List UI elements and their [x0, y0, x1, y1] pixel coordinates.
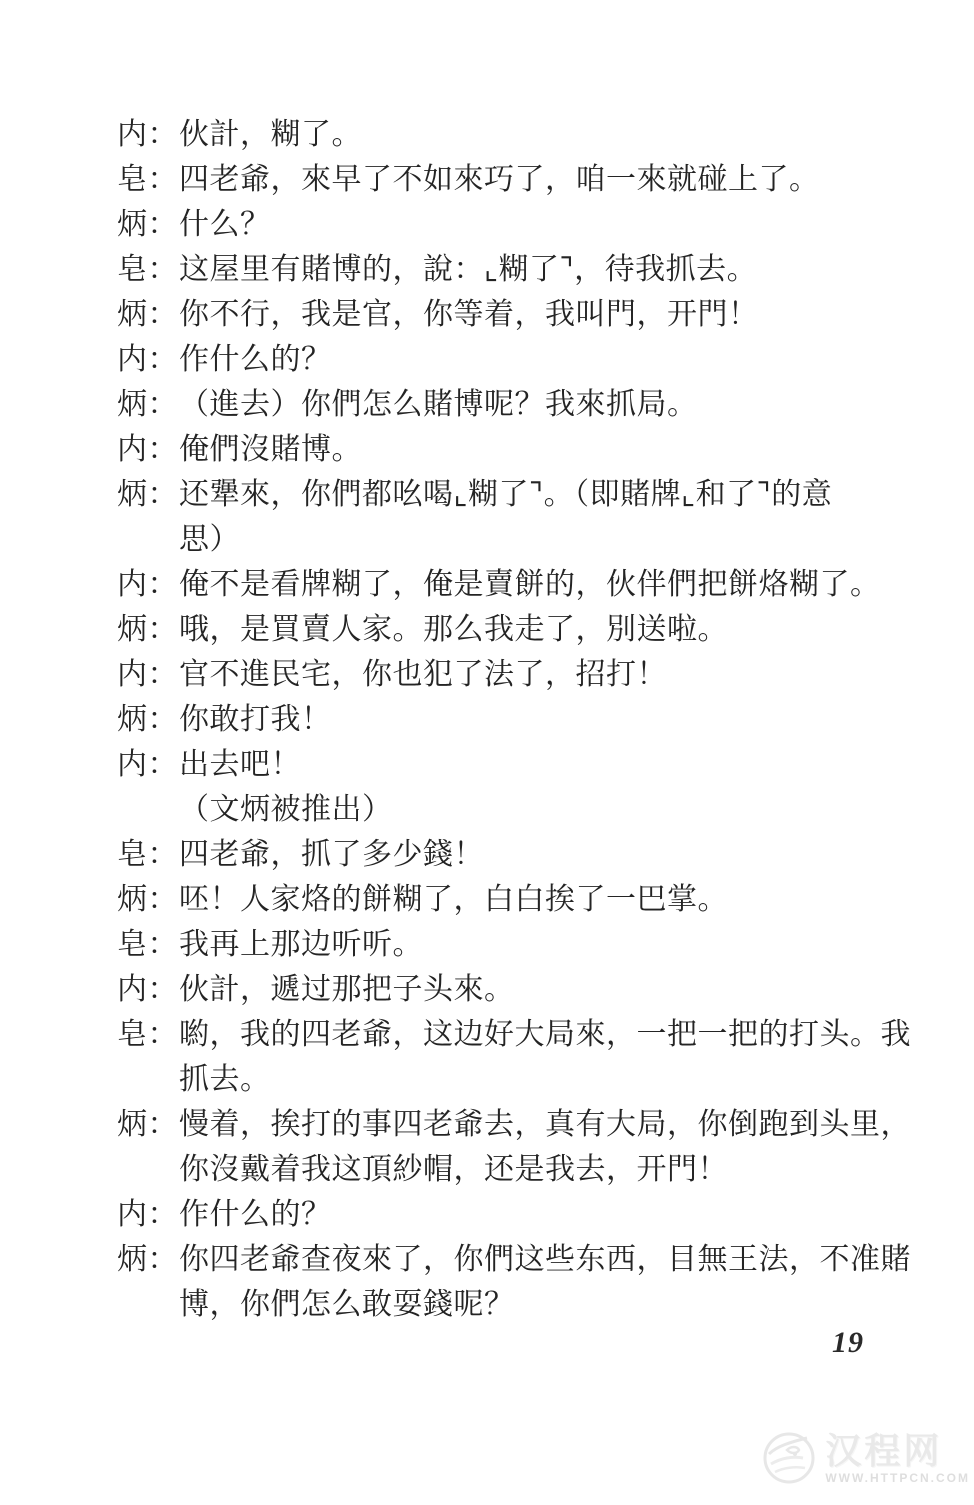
watermark-text: 汉程网 WWW.HTTPCN.COM [825, 1432, 970, 1486]
dialogue-text: 什么？ [179, 202, 919, 247]
dialogue-text: 哦，是買賣人家。那么我走了，別送啦。 [179, 607, 919, 652]
dialogue-text: 你四老爺查夜來了，你們这些东西，目無王法，不准賭 博，你們怎么敢耍錢呢？ [179, 1237, 919, 1327]
dialogue-line: 内： 出去吧！ [117, 742, 919, 787]
speaker-label: 炳： [117, 1102, 179, 1192]
speaker-label [117, 787, 179, 832]
dialogue-line: 内： 俺不是看牌糊了，俺是賣餅的，伙伴們把餅烙糊了。 [117, 562, 919, 607]
dialogue-text: 喲，我的四老爺，这边好大局來，一把一把的打头。我 抓去。 [179, 1012, 919, 1102]
dialogue-text: 作什么的？ [179, 1192, 919, 1237]
watermark-site-name: 汉程网 [825, 1432, 942, 1470]
speaker-label: 炳： [117, 202, 179, 247]
dialogue-text: 作什么的？ [179, 337, 919, 382]
watermark-site-url: WWW.HTTPCN.COM [825, 1470, 970, 1486]
dialogue-text: （進去）你們怎么賭博呢？我來抓局。 [179, 382, 919, 427]
dialogue-text: 四老爺，抓了多少錢！ [179, 832, 919, 877]
dialogue-line: 内： 俺們沒賭博。 [117, 427, 919, 472]
speaker-label: 皂： [117, 1012, 179, 1102]
speaker-label: 炳： [117, 877, 179, 922]
speaker-label: 内： [117, 742, 179, 787]
dialogue-text: 俺們沒賭博。 [179, 427, 919, 472]
speaker-label: 内： [117, 652, 179, 697]
dialogue-line: 炳： 你不行，我是官，你等着，我叫門，开門！ [117, 292, 919, 337]
dialogue-text: 你敢打我！ [179, 697, 919, 742]
dialogue-line: 内： 官不進民宅，你也犯了法了，招打！ [117, 652, 919, 697]
dialogue-line: 皂： 喲，我的四老爺，这边好大局來，一把一把的打头。我 抓去。 [117, 1012, 919, 1102]
dialogue-text: 四老爺，來早了不如來巧了，咱一來就碰上了。 [179, 157, 919, 202]
dialogue-line: 炳： 什么？ [117, 202, 919, 247]
dialogue-text: 伙計，糊了。 [179, 112, 919, 157]
page-number: 19 [832, 1326, 864, 1360]
dialogue-line: 内： 作什么的？ [117, 337, 919, 382]
watermark: 汉程网 WWW.HTTPCN.COM [757, 1424, 970, 1493]
dialogue-line: 皂： 四老爺，來早了不如來巧了，咱一來就碰上了。 [117, 157, 919, 202]
dialogue-line: 皂： 我再上那边听听。 [117, 922, 919, 967]
dialogue-text: （文炳被推出） [179, 787, 919, 832]
speaker-label: 内： [117, 562, 179, 607]
dialogue-line: 炳： 你敢打我！ [117, 697, 919, 742]
dialogue-line: 内： 伙計，遞过那把子头來。 [117, 967, 919, 1012]
dialogue-text: 还犟來，你們都吆喝⌞糊了⌝。（即賭牌⌞和了⌝的意 思） [179, 472, 919, 562]
speaker-label: 皂： [117, 832, 179, 877]
dialogue-list: 内： 伙計，糊了。 皂： 四老爺，來早了不如來巧了，咱一來就碰上了。 炳： 什么… [117, 112, 919, 1327]
speaker-label: 内： [117, 112, 179, 157]
dialogue-text: 你不行，我是官，你等着，我叫門，开門！ [179, 292, 919, 337]
speaker-label: 内： [117, 1192, 179, 1237]
dialogue-line: 皂： 四老爺，抓了多少錢！ [117, 832, 919, 877]
speaker-label: 炳： [117, 607, 179, 652]
dialogue-line: 皂： 这屋里有賭博的，說：⌞糊了⌝，待我抓去。 [117, 247, 919, 292]
dialogue-text: 呸！人家烙的餅糊了，白白挨了一巴掌。 [179, 877, 919, 922]
speaker-label: 炳： [117, 382, 179, 427]
dialogue-text: 出去吧！ [179, 742, 919, 787]
speaker-label: 皂： [117, 157, 179, 202]
watermark-logo-icon [757, 1424, 821, 1493]
dialogue-line: 炳： 哦，是買賣人家。那么我走了，別送啦。 [117, 607, 919, 652]
scanned-page: 内： 伙計，糊了。 皂： 四老爺，來早了不如來巧了，咱一來就碰上了。 炳： 什么… [0, 0, 974, 1505]
dialogue-text: 我再上那边听听。 [179, 922, 919, 967]
dialogue-line: 炳： 你四老爺查夜來了，你們这些东西，目無王法，不准賭 博，你們怎么敢耍錢呢？ [117, 1237, 919, 1327]
dialogue-text: 慢着，挨打的事四老爺去，真有大局，你倒跑到头里， 你沒戴着我这頂紗帽，还是我去，… [179, 1102, 919, 1192]
dialogue-line: （文炳被推出） [117, 787, 919, 832]
speaker-label: 内： [117, 967, 179, 1012]
dialogue-text: 官不進民宅，你也犯了法了，招打！ [179, 652, 919, 697]
speaker-label: 炳： [117, 1237, 179, 1327]
dialogue-line: 炳： （進去）你們怎么賭博呢？我來抓局。 [117, 382, 919, 427]
dialogue-text: 俺不是看牌糊了，俺是賣餅的，伙伴們把餅烙糊了。 [179, 562, 919, 607]
dialogue-line: 炳： 还犟來，你們都吆喝⌞糊了⌝。（即賭牌⌞和了⌝的意 思） [117, 472, 919, 562]
speaker-label: 内： [117, 427, 179, 472]
dialogue-line: 内： 伙計，糊了。 [117, 112, 919, 157]
dialogue-text: 这屋里有賭博的，說：⌞糊了⌝，待我抓去。 [179, 247, 919, 292]
dialogue-text: 伙計，遞过那把子头來。 [179, 967, 919, 1012]
dialogue-line: 内： 作什么的？ [117, 1192, 919, 1237]
speaker-label: 炳： [117, 472, 179, 562]
speaker-label: 内： [117, 337, 179, 382]
dialogue-line: 炳： 呸！人家烙的餅糊了，白白挨了一巴掌。 [117, 877, 919, 922]
speaker-label: 炳： [117, 697, 179, 742]
dialogue-line: 炳： 慢着，挨打的事四老爺去，真有大局，你倒跑到头里， 你沒戴着我这頂紗帽，还是… [117, 1102, 919, 1192]
speaker-label: 皂： [117, 247, 179, 292]
speaker-label: 皂： [117, 922, 179, 967]
speaker-label: 炳： [117, 292, 179, 337]
